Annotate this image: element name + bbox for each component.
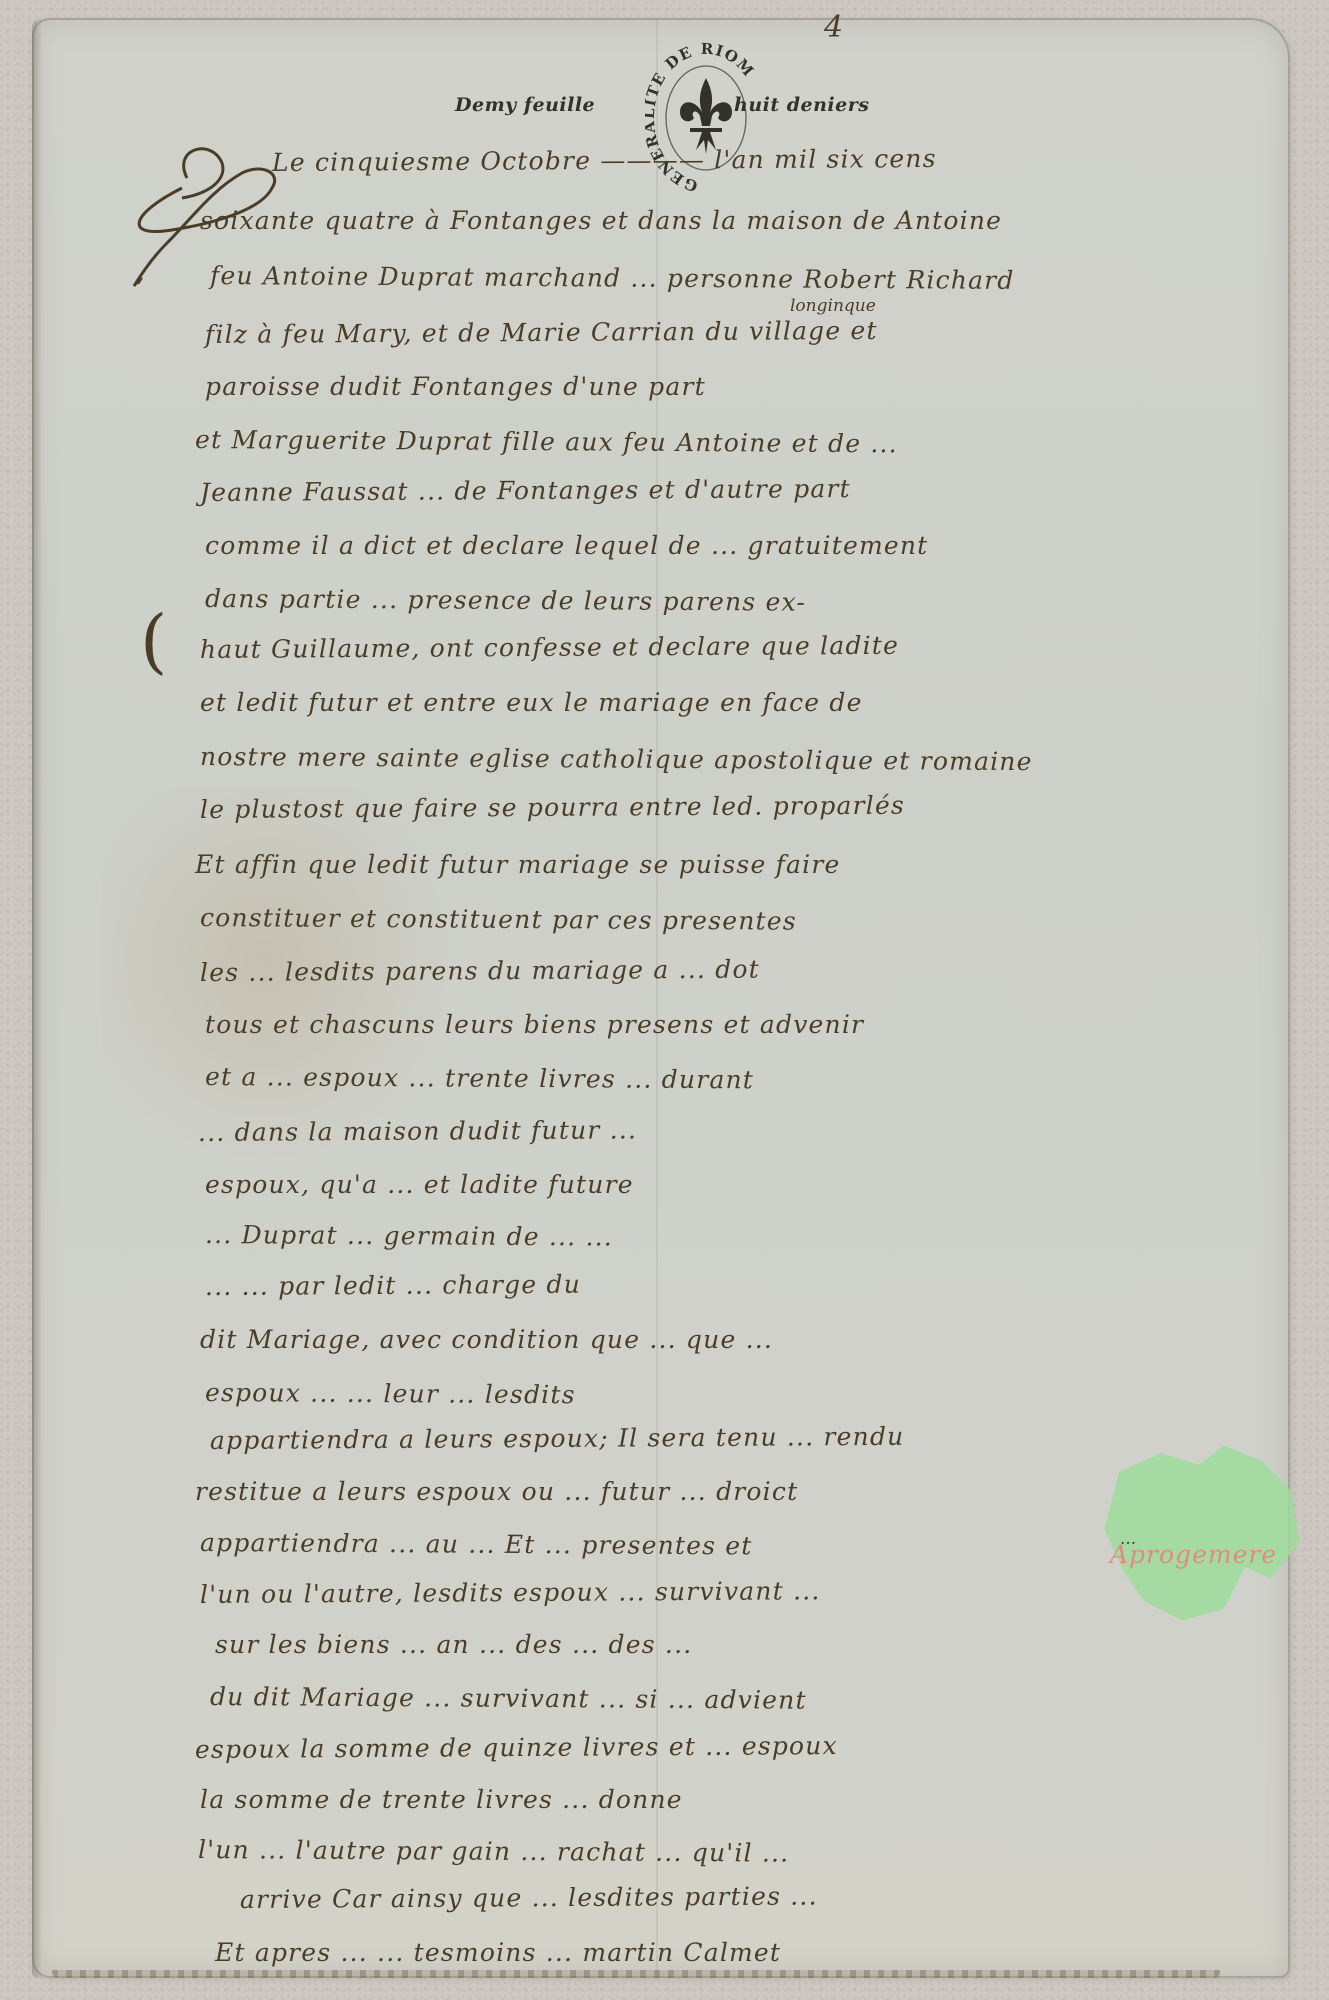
stamp-paper-size: Demy feuille	[455, 94, 595, 116]
manuscript-line: nostre mere sainte eglise catholique apo…	[200, 742, 1033, 776]
manuscript-line: constituer et constituent par ces presen…	[200, 903, 797, 936]
torn-bottom-edge	[52, 1970, 1220, 1978]
manuscript-line: le plustost que faire se pourra entre le…	[200, 791, 905, 824]
folio-number: 4	[824, 10, 843, 45]
manuscript-line: appartiendra a leurs espoux; Il sera ten…	[210, 1422, 905, 1455]
manuscript-line: les ... lesdits parens du mariage a ... …	[200, 955, 760, 987]
manuscript-line: dans partie ... presence de leurs parens…	[205, 584, 806, 617]
manuscript-line: comme il a dict et declare lequel de ...…	[205, 531, 928, 560]
manuscript-line: Le cinquiesme Octobre ———— l'an mil six …	[272, 144, 937, 177]
manuscript-line: Jeanne Faussat ... de Fontanges et d'aut…	[200, 474, 851, 507]
manuscript-line: Et apres ... ... tesmoins ... martin Cal…	[215, 1938, 781, 1967]
margin-bracket: (	[140, 600, 167, 682]
manuscript-line: espoux, qu'a ... et ladite future	[205, 1170, 634, 1199]
interlinear-note: ...	[1120, 1529, 1136, 1549]
manuscript-line: et ledit futur et entre eux le mariage e…	[200, 688, 863, 717]
manuscript-line: espoux la somme de quinze livres et ... …	[195, 1731, 838, 1764]
manuscript-line: haut Guillaume, ont confesse et declare …	[200, 631, 899, 664]
manuscript-line: soixante quatre à Fontanges et dans la m…	[200, 206, 1002, 235]
manuscript-line: du dit Mariage ... survivant ... si ... …	[210, 1682, 807, 1715]
manuscript-line: appartiendra ... au ... Et ... presentes…	[200, 1528, 753, 1560]
manuscript-line: et a ... espoux ... trente livres ... du…	[205, 1062, 754, 1094]
manuscript-line: arrive Car ainsy que ... lesdites partie…	[240, 1881, 818, 1914]
manuscript-line: ... ... par ledit ... charge du	[205, 1270, 581, 1301]
manuscript-line: l'un ... l'autre par gain ... rachat ...…	[198, 1835, 790, 1868]
manuscript-line: sur les biens ... an ... des ... des ...	[215, 1630, 692, 1659]
interlinear-note: longinque	[790, 296, 876, 316]
manuscript-line: feu Antoine Duprat marchand ... personne…	[210, 261, 1015, 295]
manuscript-line: dit Mariage, avec condition que ... que …	[200, 1325, 773, 1354]
manuscript-line: ... dans la maison dudit futur ...	[198, 1115, 637, 1147]
manuscript-line: l'un ou l'autre, lesdits espoux ... surv…	[200, 1576, 821, 1609]
manuscript-line: Et affin que ledit futur mariage se puis…	[195, 850, 841, 879]
manuscript-line: et Marguerite Duprat fille aux feu Antoi…	[195, 425, 898, 458]
manuscript-line: tous et chascuns leurs biens presens et …	[205, 1010, 864, 1039]
manuscript-line: paroisse dudit Fontanges d'une part	[205, 372, 706, 401]
manuscript-line: restitue a leurs espoux ou ... futur ...…	[195, 1477, 798, 1506]
manuscript-line: filz à feu Mary, et de Marie Carrian du …	[205, 316, 878, 349]
manuscript-line: ... Duprat ... germain de ... ...	[205, 1220, 613, 1251]
manuscript-line: espoux ... ... leur ... lesdits	[205, 1378, 576, 1409]
manuscript-line: la somme de trente livres ... donne	[200, 1785, 683, 1814]
